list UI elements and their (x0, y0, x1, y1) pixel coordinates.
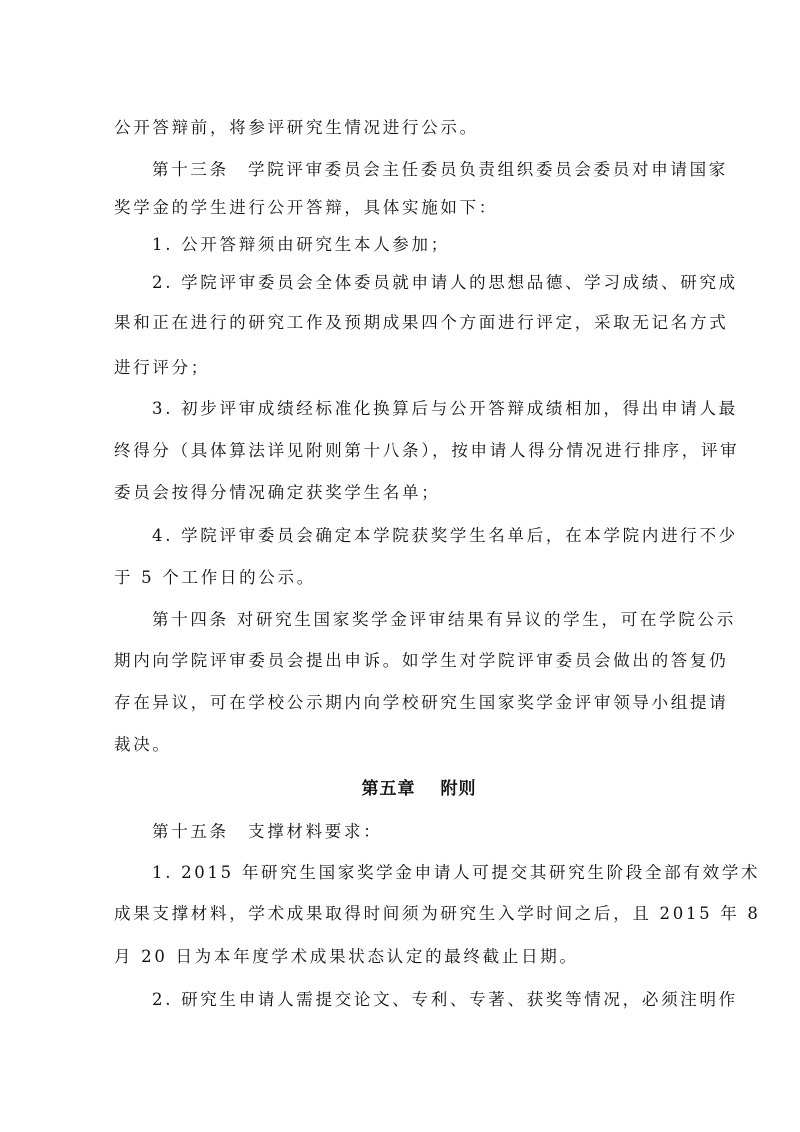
chapter-heading: 第五章 附则 (114, 777, 724, 801)
paragraph-line: 公开答辩前，将参评研究生情况进行公示。 (114, 116, 479, 140)
paragraph-line: 进行评分； (114, 356, 210, 380)
paragraph-line: 于 5 个工作日的公示。 (114, 566, 316, 590)
paragraph-line: 委员会按得分情况确定获奖学生名单； (114, 481, 440, 505)
list-item-2: 2. 研究生申请人需提交论文、专利、专著、获奖等情况，必须注明作 (152, 988, 738, 1012)
paragraph-line: 存在异议，可在学校公示期内向学校研究生国家奖学金评审领导小组提请 (114, 691, 728, 715)
paragraph-line: 终得分（具体算法详见附则第十八条），按申请人得分情况进行排序，评审 (114, 439, 739, 463)
article-13-line: 第十三条 学院评审委员会主任委员负责组织委员会委员对申请国家 (152, 158, 728, 182)
list-item-3: 3. 初步评审成绩经标准化换算后与公开答辩成绩相加，得出申请人最 (152, 397, 738, 421)
paragraph-line: 奖学金的学生进行公开答辩，具体实施如下： (114, 196, 498, 220)
paragraph-line: 裁决。 (114, 733, 172, 757)
paragraph-line: 果和正在进行的研究工作及预期成果四个方面进行评定，采取无记名方式 (114, 311, 728, 335)
list-item-2: 2. 学院评审委员会全体委员就申请人的思想品德、学习成绩、研究成 (152, 271, 738, 295)
article-14-line: 第十四条 对研究生国家奖学金评审结果有异议的学生，可在学院公示 (152, 608, 736, 632)
paragraph-line: 成果支撑材料，学术成果取得时间须为研究生入学时间之后，且 2015 年 8 (114, 902, 761, 926)
list-item-4: 4. 学院评审委员会确定本学院获奖学生名单后，在本学院内进行不少 (152, 524, 738, 548)
paragraph-line: 期内向学院评审委员会提出申诉。如学生对学院评审委员会做出的答复仍 (114, 649, 728, 673)
list-item-1: 1. 公开答辩须由研究生本人参加； (152, 233, 450, 257)
list-item-1: 1. 2015 年研究生国家奖学金申请人可提交其研究生阶段全部有效学术 (152, 861, 760, 885)
paragraph-line: 月 20 日为本年度学术成果状态认定的最终截止日期。 (114, 945, 579, 969)
article-15-line: 第十五条 支撑材料要求： (152, 820, 382, 844)
